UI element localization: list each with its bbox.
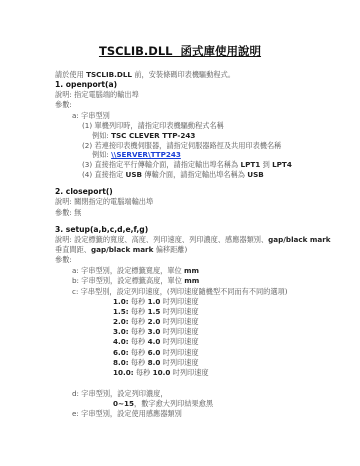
openport-params-label: 參數: bbox=[55, 100, 72, 110]
speed-post: 吋列印速度 bbox=[173, 368, 209, 377]
example-label: 例如: bbox=[92, 150, 109, 159]
item4-middle: 傳輸介面，請指定輸出埠名稱為 bbox=[144, 170, 245, 179]
closeport-params: 參數: 無 bbox=[55, 208, 81, 218]
setup-param-d-range: 0~15，數字愈大列印結果愈黑 bbox=[113, 399, 213, 409]
range-code: 0~15 bbox=[113, 399, 134, 408]
speed-key: 6.0: bbox=[113, 348, 129, 357]
speed-pre: 每秒 bbox=[131, 348, 145, 357]
speed-option: 4.0: 每秒 4.0 吋列印速度 bbox=[113, 337, 199, 347]
speed-option: 6.0: 每秒 6.0 吋列印速度 bbox=[113, 348, 199, 358]
setup-param-d: d: 字串型別，設定列印濃度， bbox=[72, 389, 168, 399]
closeport-desc: 說明: 關閉指定的電腦端輸出埠 bbox=[55, 197, 153, 207]
item3-prefix: (3) 直接指定平行傳輸介面，請指定輸出埠名稱為 bbox=[82, 160, 238, 169]
speed-key: 8.0: bbox=[113, 358, 129, 367]
item3-to: 到 bbox=[263, 160, 270, 169]
speed-val: 1.5 bbox=[148, 307, 161, 316]
intro-prefix: 請於使用 bbox=[55, 70, 84, 79]
speed-val: 4.0 bbox=[148, 337, 161, 346]
speed-pre: 每秒 bbox=[131, 358, 145, 367]
openport-item3: (3) 直接指定平行傳輸介面，請指定輸出埠名稱為 LPT1 到 LPT4 bbox=[82, 160, 292, 170]
speed-pre: 每秒 bbox=[131, 327, 145, 336]
speed-option: 8.0: 每秒 8.0 吋列印速度 bbox=[113, 358, 199, 368]
setup-param-c: c: 字串型別，設定列印速度，(列印速度隨機型不同而有不同的選項) bbox=[72, 287, 288, 297]
openport-item4: (4) 直接指定 USB 傳輸介面，請指定輸出埠名稱為 USB bbox=[82, 170, 264, 180]
title-en: TSCLIB.DLL bbox=[99, 44, 173, 58]
speed-key: 4.0: bbox=[113, 337, 129, 346]
setup-param-b: b: 字串型別，設定標籤高度，單位 mm bbox=[72, 276, 199, 286]
desc-text: 垂直間距、 bbox=[55, 245, 91, 254]
speed-val: 1.0 bbox=[148, 297, 161, 306]
speed-pre: 每秒 bbox=[131, 307, 145, 316]
speed-key: 1.5: bbox=[113, 307, 129, 316]
intro-code: TSCLIB.DLL bbox=[86, 70, 132, 79]
openport-desc: 說明: 指定電腦端的輸出埠 bbox=[55, 90, 139, 100]
speed-pre: 每秒 bbox=[131, 317, 145, 326]
example-value: TSC CLEVER TTP-243 bbox=[111, 131, 195, 140]
item4-prefix: (4) 直接指定 bbox=[82, 170, 123, 179]
param-text: a: 字串型別，設定標籤寬度，單位 bbox=[72, 266, 182, 275]
intro-text: 請於使用 TSCLIB.DLL 前，安裝條碼印表機驅動程式。 bbox=[55, 70, 235, 80]
speed-post: 吋列印速度 bbox=[163, 297, 199, 306]
openport-item1-example: 例如: TSC CLEVER TTP-243 bbox=[92, 131, 195, 141]
item1-text: (1) 單機列印時，請指定印表機驅動程式名稱 bbox=[82, 121, 224, 130]
speed-post: 吋列印速度 bbox=[163, 358, 199, 367]
speed-val: 3.0 bbox=[148, 327, 161, 336]
param-text: b: 字串型別，設定標籤高度，單位 bbox=[72, 276, 182, 285]
title-zh: 函式庫使用說明 bbox=[181, 44, 262, 58]
speed-option: 1.5: 每秒 1.5 吋列印速度 bbox=[113, 307, 199, 317]
setup-desc-line1: 說明: 設定標籤的寬度、高度、列印速度、列印濃度、感應器類別、gap/black… bbox=[55, 235, 331, 245]
openport-item1: (1) 單機列印時，請指定印表機驅動程式名稱 bbox=[82, 121, 224, 131]
setup-heading: 3. setup(a,b,c,d,e,f,g) bbox=[55, 225, 148, 235]
speed-val: 8.0 bbox=[148, 358, 161, 367]
lpt1: LPT1 bbox=[241, 160, 261, 169]
speed-option: 10.0: 每秒 10.0 吋列印速度 bbox=[113, 368, 209, 378]
openport-param-a: a: 字串型別 bbox=[72, 111, 110, 121]
openport-item2-example: 例如: \\SERVER\TTP243 bbox=[92, 150, 181, 160]
desc-text: 偏移距離) bbox=[156, 245, 188, 254]
speed-option: 2.0: 每秒 2.0 吋列印速度 bbox=[113, 317, 199, 327]
closeport-heading: 2. closeport() bbox=[55, 187, 113, 197]
setup-desc-line2: 垂直間距、gap/black mark 偏移距離) bbox=[55, 245, 187, 255]
speed-val: 2.0 bbox=[148, 317, 161, 326]
speed-post: 吋列印速度 bbox=[163, 348, 199, 357]
speed-pre: 每秒 bbox=[131, 297, 145, 306]
range-text: ，數字愈大列印結果愈黑 bbox=[134, 399, 213, 408]
usb: USB bbox=[126, 170, 143, 179]
speed-post: 吋列印速度 bbox=[163, 317, 199, 326]
example-label: 例如: bbox=[92, 131, 109, 140]
server-path-link[interactable]: \\SERVER\TTP243 bbox=[111, 150, 181, 159]
setup-params-label: 參數: bbox=[55, 255, 72, 265]
speed-option: 3.0: 每秒 3.0 吋列印速度 bbox=[113, 327, 199, 337]
setup-param-e: e: 字串型別，設定使用感應器類別 bbox=[72, 409, 182, 419]
speed-key: 10.0: bbox=[113, 368, 134, 377]
intro-suffix: 前，安裝條碼印表機驅動程式。 bbox=[134, 70, 235, 79]
desc-code: gap/black mark bbox=[268, 235, 330, 244]
speed-key: 2.0: bbox=[113, 317, 129, 326]
speed-post: 吋列印速度 bbox=[163, 337, 199, 346]
usb: USB bbox=[247, 170, 264, 179]
desc-code: gap/black mark bbox=[91, 245, 153, 254]
unit: mm bbox=[184, 266, 199, 275]
setup-param-a: a: 字串型別，設定標籤寬度，單位 mm bbox=[72, 266, 199, 276]
speed-post: 吋列印速度 bbox=[163, 327, 199, 336]
speed-key: 1.0: bbox=[113, 297, 129, 306]
speed-key: 3.0: bbox=[113, 327, 129, 336]
openport-heading: 1. openport(a) bbox=[55, 80, 117, 90]
speed-pre: 每秒 bbox=[136, 368, 150, 377]
speed-val: 10.0 bbox=[153, 368, 171, 377]
desc-text: 說明: 設定標籤的寬度、高度、列印速度、列印濃度、感應器類別、 bbox=[55, 235, 268, 244]
document-title: TSCLIB.DLL 函式庫使用說明 bbox=[0, 43, 360, 59]
lpt4: LPT4 bbox=[272, 160, 292, 169]
speed-pre: 每秒 bbox=[131, 337, 145, 346]
speed-option: 1.0: 每秒 1.0 吋列印速度 bbox=[113, 297, 199, 307]
speed-post: 吋列印速度 bbox=[163, 307, 199, 316]
unit: mm bbox=[184, 276, 199, 285]
speed-val: 6.0 bbox=[148, 348, 161, 357]
